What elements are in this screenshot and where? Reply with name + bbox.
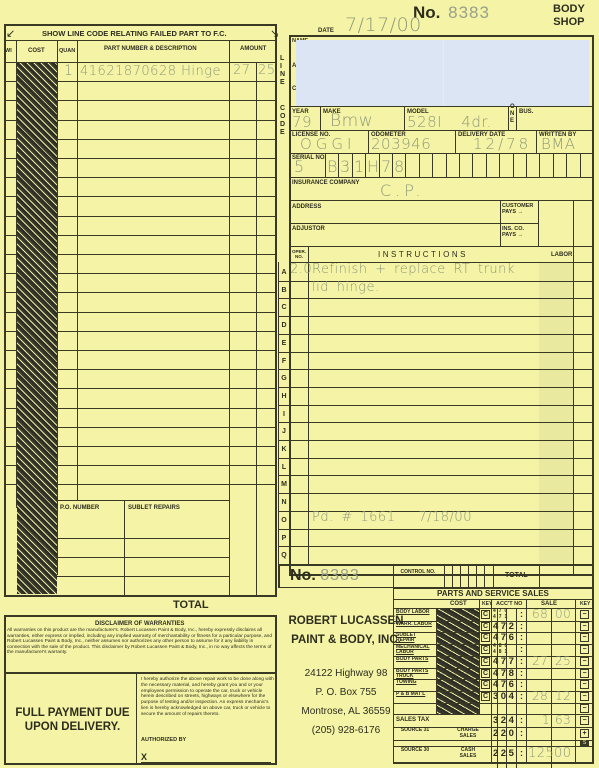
cash-sales-account: 225 [493,748,516,759]
sales-row-colon: : [520,728,523,738]
adjustor-label: ADJUSTOR [292,226,325,232]
col-cost: COST [28,48,45,54]
sales-row-colon: : [520,656,523,666]
sales-row-key[interactable]: C [481,680,490,689]
serial-char[interactable]: 8 [394,157,405,176]
po-number-label: P.O. NUMBER [60,505,99,511]
source-30-label: SOURCE 30 [400,748,430,754]
serial-cell-divider [392,153,393,177]
sales-col-key2: KEY [580,601,590,607]
source-31-label: SOURCE 31 [400,728,430,734]
instruction-row-letter: N [279,493,289,511]
charge-sales-key[interactable]: + [580,729,589,738]
instruction-row-divider [278,475,594,476]
instruction-row-divider [278,352,594,353]
instruction-row-letter: K [279,440,289,458]
serial-cell-divider [499,153,500,177]
charge-sales-label: CHARGE SALES [453,728,483,739]
sales-row-key2[interactable]: − [580,633,589,642]
serial-cell-divider [486,153,487,177]
payment-notice: FULL PAYMENT DUE UPON DELIVERY. [10,706,135,734]
sales-row-key2[interactable]: − [580,692,589,701]
date-label: DATE [318,28,334,34]
delivery-date-value[interactable]: 12/78 [473,135,531,153]
sales-tax-label: SALES TAX [396,717,429,723]
oper-no-label: OPER. NO. [291,249,307,259]
instruction-oper-no[interactable]: 2.0 [290,262,312,277]
model-value[interactable]: 528I 4dr. [407,113,492,131]
sales-row-colon: : [520,715,523,725]
instruction-row-letter: L [279,458,289,476]
sales-row-key[interactable]: C [481,622,490,631]
sales-row-key2[interactable]: − [580,704,589,713]
sales-row-colon: : [520,621,523,631]
sales-row-key2[interactable]: − [580,680,589,689]
serial-cell-divider [566,153,567,177]
serial-char[interactable]: 7 [381,157,392,176]
side-label-line: LINE [280,55,286,87]
instruction-row-divider [278,405,594,406]
instruction-text[interactable]: lid hinge. [312,280,380,295]
arrow-right-icon: → [518,232,524,238]
parts-section-title: SHOW LINE CODE RELATING FAILED PART TO F… [42,29,227,38]
sales-row-colon: : [520,679,523,689]
sales-col-divider [497,609,498,768]
instruction-row-letter: H [279,387,289,405]
charge-sales-account: 220 [493,728,516,739]
footer-total-label: TOTAL [505,572,528,579]
insurance-company-label: INSURANCE COMPANY [292,180,360,186]
serial-cell-divider [405,153,406,177]
instruction-row-divider [278,369,594,370]
cash-sales-dollars[interactable]: 125 [528,746,554,761]
sales-row-label: SUBLET REPAIR [396,633,432,643]
date-value[interactable]: 7/17/00 [345,14,422,36]
sales-row-divider [393,740,594,741]
sales-row-account: 480481 [493,644,510,655]
odometer-value[interactable]: 203946 [371,135,431,153]
serial-cell-divider [325,153,326,177]
serial-char[interactable]: 1 [354,157,365,176]
instruction-row-letter: J [279,422,289,440]
arrow-right-icon: → [518,209,524,215]
instruction-row-letter: I [279,405,289,423]
sales-row-colon: : [520,668,523,678]
instruction-row-letter: P [279,529,289,547]
sublet-repairs-label: SUBLET REPAIRS [128,505,180,511]
sales-cost-redaction [437,609,479,715]
authorized-by-label: AUTHORIZED BY [141,737,186,743]
control-cell-divider [476,564,477,588]
control-cell-divider [460,564,461,588]
sales-row-label: WARR. LABOR [396,622,432,627]
instruction-row-letter: D [279,316,289,334]
sales-row-sale-dollars[interactable]: 28 [532,689,548,703]
instruction-row-divider [278,298,594,299]
customer-pays-label: CUSTOMER PAYS → [502,203,538,215]
sales-col-cost: COST [450,601,467,607]
sales-row-key[interactable]: C [481,669,490,678]
sales-row-account: 470471 [493,609,510,620]
sales-row-sale-cents[interactable]: 12 [555,689,571,703]
sales-row-colon: : [520,609,523,619]
authorization-text: I hereby authorize the above repair work… [141,677,274,718]
serial-cell-divider [580,153,581,177]
sales-tax-dollars[interactable]: 1 [542,713,550,727]
serial-cell-divider [553,153,554,177]
instruction-text[interactable]: Refinish + replace RT trunk [312,262,515,277]
instruction-row-divider [278,387,594,388]
col-quan: QUAN [59,48,75,54]
written-by-value[interactable]: BMA [541,135,576,153]
sales-row-sale-dollars[interactable]: 27 [532,654,548,668]
serial-char[interactable]: H [367,157,380,176]
sales-col-divider [479,599,480,714]
serial-cell-divider [365,153,366,177]
sales-col-divider [516,609,517,768]
instruction-row-letter: E [279,334,289,352]
make-value[interactable]: Bmw [330,111,373,131]
cash-sales-cents[interactable]: 00 [554,746,572,761]
instruction-row-letter: A [279,263,289,281]
license-value[interactable]: OGGI [300,135,355,153]
shop-type: BODY SHOP [553,3,585,29]
control-cell-divider [444,564,445,588]
part-row-description[interactable]: 41621870628 Hinge [80,64,221,79]
control-cell-divider [452,564,453,588]
sales-row-label: P & B MAT'L [396,692,432,697]
sales-row-label: BODY PARTS TRUCK [396,669,432,679]
sales-row-key[interactable]: C [481,692,490,701]
sales-col-divider [506,609,507,768]
bus-label: BUS. [519,109,533,115]
serial-char[interactable]: 3 [340,157,351,176]
sales-row-divider [393,703,594,704]
serial-char[interactable]: B [327,157,338,176]
sales-row-key2[interactable]: − [580,645,589,654]
serial-cell-divider [526,153,527,177]
serial-cell-divider [539,153,540,177]
instruction-row-letter: B [279,281,289,299]
signature-line[interactable]: X [141,752,271,763]
parts-total-label: TOTAL [173,599,209,611]
col-amount: AMOUNT [240,46,266,52]
ins-co-pays-label: INS. CO. PAYS → [502,226,538,238]
sales-row-key2[interactable]: − [580,669,589,678]
sales-row-label: BODY PARTS [396,657,432,662]
serial-cell-divider [513,153,514,177]
sales-row-sale-dollars[interactable]: 68 [532,607,548,621]
instruction-row-divider [278,422,594,423]
company-name: ROBERT LUCASSEN PAINT & BODY, INC. [282,612,410,650]
serial-cell-divider [419,153,420,177]
sales-row-colon: : [520,691,523,701]
instruction-row-letter: M [279,475,289,493]
instruction-row-letter: G [279,369,289,387]
sales-row-key[interactable]: C [481,657,490,666]
sales-tax-key[interactable]: − [580,716,589,725]
insurance-company-value[interactable]: C.P. [380,181,425,200]
customer-info-redacted [296,40,443,106]
sales-row-key[interactable]: C [481,645,490,654]
instruction-row-divider [278,316,594,317]
serial-cell-divider [338,153,339,177]
instruction-row-divider [278,546,594,547]
disclaimer-title: DISCLAIMER OF WARRANTIES [95,621,184,627]
control-no-label: CONTROL NO. [398,569,438,575]
instruction-row-divider [278,458,594,459]
serial-cell-divider [352,153,353,177]
side-label-code: CODE [280,105,286,137]
serial-cell-divider [432,153,433,177]
cash-sales-label: CASH SALES [453,748,483,759]
sales-row-label: TOWING [396,680,432,685]
serial-cell-divider [459,153,460,177]
sales-row-colon: : [520,632,523,642]
sales-row-key2[interactable]: − [580,622,589,631]
phone-label: ONE [510,104,515,125]
serial-cell-divider [446,153,447,177]
instruction-text[interactable]: Pd. # 1661 7/18/00 [312,510,472,525]
control-cell-divider [468,564,469,588]
sales-title: PARTS AND SERVICE SALES [437,589,549,598]
year-value[interactable]: 79 [292,113,312,131]
company-address: 24122 Highway 98 P. O. Box 755 Montrose,… [282,664,410,740]
sales-row-label: MECHANICAL LABOR [396,645,432,655]
control-cell-divider [484,564,485,588]
disclaimer-body: All warranties on this product are the m… [7,628,273,656]
instruction-row-divider [278,529,594,530]
instructions-title: INSTRUCTIONS [378,250,468,259]
instruction-row-divider [278,493,594,494]
instruction-row-divider [278,334,594,335]
part-row-amount-dollars[interactable]: 27 [233,63,251,78]
instruction-row-letter: O [279,511,289,529]
sales-row-key[interactable]: C [481,610,490,619]
arrow-right-icon: ↘ [270,27,279,40]
customer-phone-redacted [444,40,589,106]
footer-form-number: No. 8383 [290,567,360,585]
sales-row-key2[interactable]: − [580,610,589,619]
sales-col-acct: ACC'T NO [496,601,522,607]
sales-row-colon: : [520,644,523,654]
sales-tax-account: 324 [493,715,516,726]
instruction-row-letter: F [279,352,289,370]
col-wi: WI [5,48,12,54]
instruction-row-letter: Q [279,546,289,564]
part-row-amount-cents[interactable]: 25 [258,63,276,78]
serial-char[interactable]: 5 [294,157,305,176]
sales-row-key[interactable]: C [481,633,490,642]
insurance-address-label: ADDRESS [292,204,321,210]
sales-row-label: BODY LABOR [396,610,432,615]
sales-row-sale-cents[interactable]: 25 [555,654,571,668]
cost-redaction [17,63,57,594]
sales-col-divider [551,609,552,768]
labor-label: LABOR [551,252,572,258]
sales-row-key2[interactable]: − [580,657,589,666]
form-number: No. 8383 [413,3,490,23]
arrow-left-icon: ↙ [6,27,15,40]
labor-column-shade [539,263,573,563]
part-row-quan[interactable]: 1 [64,63,73,79]
sales-tax-cents[interactable]: 63 [555,713,571,727]
instruction-row-letter: C [279,298,289,316]
form-number-value: 8383 [448,3,490,22]
sales-row-sale-cents[interactable]: 00 [555,607,571,621]
instruction-row-divider [278,440,594,441]
col-part: PART NUMBER & DESCRIPTION [104,46,197,52]
sales-col-divider [436,609,437,714]
serial-cell-divider [472,153,473,177]
sales-row-colon: : [520,748,523,758]
